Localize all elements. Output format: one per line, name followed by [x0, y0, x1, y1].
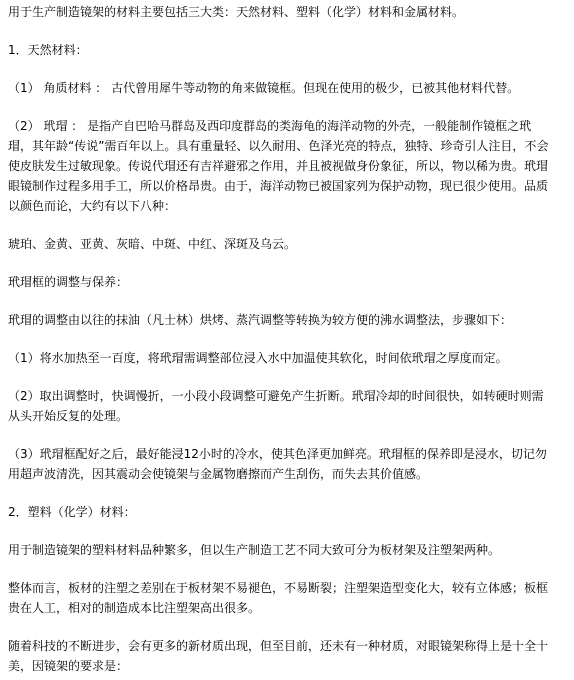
section-heading-natural: 1．天然材料：: [8, 40, 554, 60]
color-types-paragraph: 琥珀、金黄、亚黄、灰暗、中斑、中红、深斑及乌云。: [8, 234, 554, 254]
document-body: 用于生产制造镜架的材料主要包括三大类：天然材料、塑料（化学）材料和金属材料。 1…: [8, 0, 554, 676]
subheading-maintenance: 玳瑁框的调整与保养：: [8, 272, 554, 292]
step-2-paragraph: （2）取出调整时，快调慢折，一小段小段调整可避免产生折断。玳瑁冷却的时间很快，如…: [8, 386, 554, 426]
horn-material-paragraph: （1） 角质材料 ： 古代曾用犀牛等动物的角来做镜框。但现在使用的极少，已被其他…: [8, 78, 554, 98]
step-1-paragraph: （1）将水加热至一百度，将玳瑁需调整部位浸入水中加温使其软化，时间依玳瑁之厚度而…: [8, 348, 554, 368]
plastic-types-paragraph: 用于制造镜架的塑料材料品种繁多，但以生产制造工艺不同大致可分为板材架及注塑架两种…: [8, 540, 554, 560]
comparison-paragraph: 整体而言，板材的注塑之差别在于板材架不易褪色，不易断裂；注塑架造型变化大，较有立…: [8, 578, 554, 618]
step-3-paragraph: （3）玳瑁框配好之后，最好能浸12小时的冷水，使其色泽更加鲜亮。玳瑁框的保养即是…: [8, 444, 554, 484]
tortoiseshell-paragraph: （2） 玳瑁 ： 是指产自巴哈马群岛及西印度群岛的类海龟的海洋动物的外壳，一般能…: [8, 116, 554, 216]
section-heading-plastic: 2．塑料（化学）材料：: [8, 502, 554, 522]
intro-paragraph: 用于生产制造镜架的材料主要包括三大类：天然材料、塑料（化学）材料和金属材料。: [8, 2, 554, 22]
technology-paragraph: 随着科技的不断进步，会有更多的新材质出现，但至目前，还未有一种材质，对眼镜架称得…: [8, 636, 554, 676]
adjustment-intro-paragraph: 玳瑁的调整由以往的抹油（凡士林）烘烤、蒸汽调整等转换为较方便的沸水调整法，步骤如…: [8, 310, 554, 330]
